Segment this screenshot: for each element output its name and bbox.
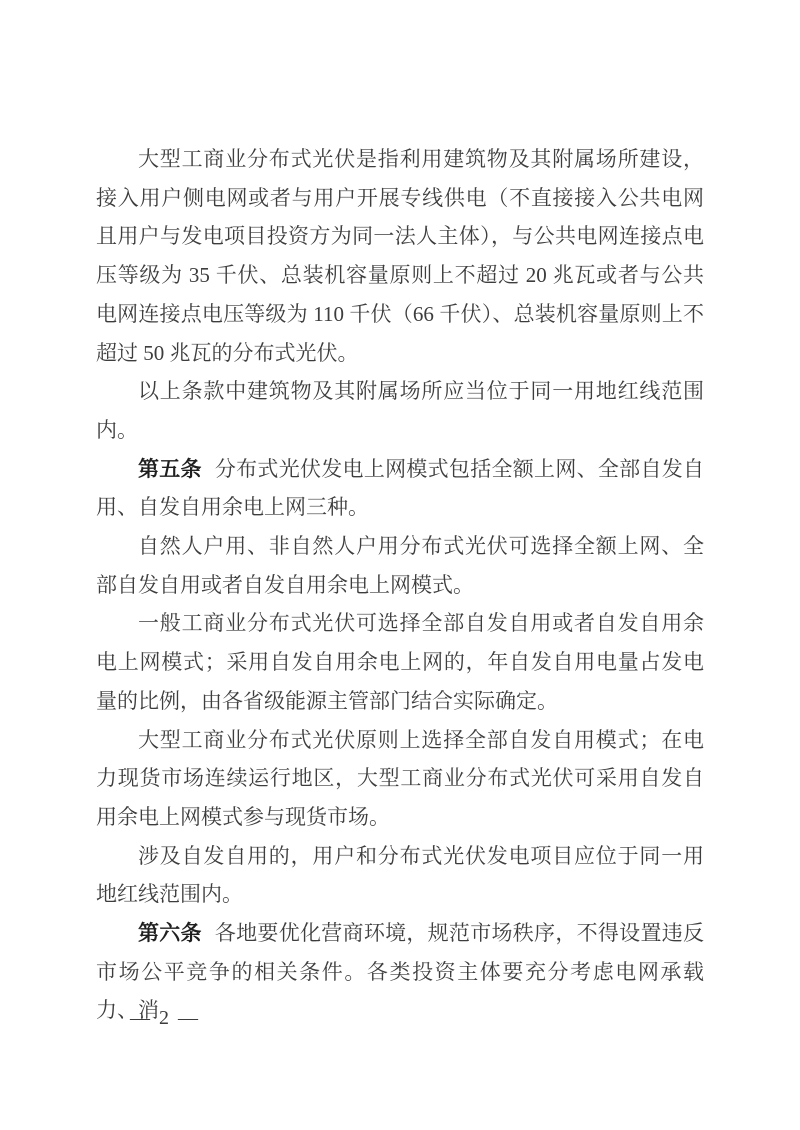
paragraph-text: 以上条款中建筑物及其附属场所应当位于同一用地红线范围内。 bbox=[96, 379, 704, 442]
paragraph-text: 自然人户用、非自然人户用分布式光伏可选择全额上网、全部自发自用或者自发自用余电上… bbox=[96, 534, 704, 597]
article-5-label: 第五条 bbox=[138, 457, 215, 481]
paragraph-household-modes: 自然人户用、非自然人户用分布式光伏可选择全额上网、全部自发自用或者自发自用余电上… bbox=[96, 527, 704, 604]
paragraph-article-5: 第五条分布式光伏发电上网模式包括全额上网、全部自发自用、自发自用余电上网三种。 bbox=[96, 450, 704, 527]
paragraph-text: 涉及自发自用的，用户和分布式光伏发电项目应位于同一用地红线范围内。 bbox=[96, 844, 704, 907]
document-page: 大型工商业分布式光伏是指利用建筑物及其附属场所建设，接入用户侧电网或者与用户开展… bbox=[0, 0, 800, 1130]
paragraph-self-use-red-line: 涉及自发自用的，用户和分布式光伏发电项目应位于同一用地红线范围内。 bbox=[96, 837, 704, 914]
document-body: 大型工商业分布式光伏是指利用建筑物及其附属场所建设，接入用户侧电网或者与用户开展… bbox=[96, 140, 704, 1030]
paragraph-text: 大型工商业分布式光伏是指利用建筑物及其附属场所建设，接入用户侧电网或者与用户开展… bbox=[96, 147, 704, 365]
paragraph-large-commercial-modes: 大型工商业分布式光伏原则上选择全部自发自用模式；在电力现货市场连续运行地区，大型… bbox=[96, 721, 704, 837]
paragraph-text: 一般工商业分布式光伏可选择全部自发自用或者自发自用余电上网模式；采用自发自用余电… bbox=[96, 611, 704, 712]
article-6-label: 第六条 bbox=[138, 921, 215, 945]
paragraph-text: 大型工商业分布式光伏原则上选择全部自发自用模式；在电力现货市场连续运行地区，大型… bbox=[96, 728, 704, 829]
page-number: — 2 — bbox=[130, 1003, 200, 1033]
paragraph-general-commercial-modes: 一般工商业分布式光伏可选择全部自发自用或者自发自用余电上网模式；采用自发自用余电… bbox=[96, 604, 704, 720]
paragraph-red-line-clause: 以上条款中建筑物及其附属场所应当位于同一用地红线范围内。 bbox=[96, 372, 704, 449]
paragraph-large-commercial-definition: 大型工商业分布式光伏是指利用建筑物及其附属场所建设，接入用户侧电网或者与用户开展… bbox=[96, 140, 704, 372]
